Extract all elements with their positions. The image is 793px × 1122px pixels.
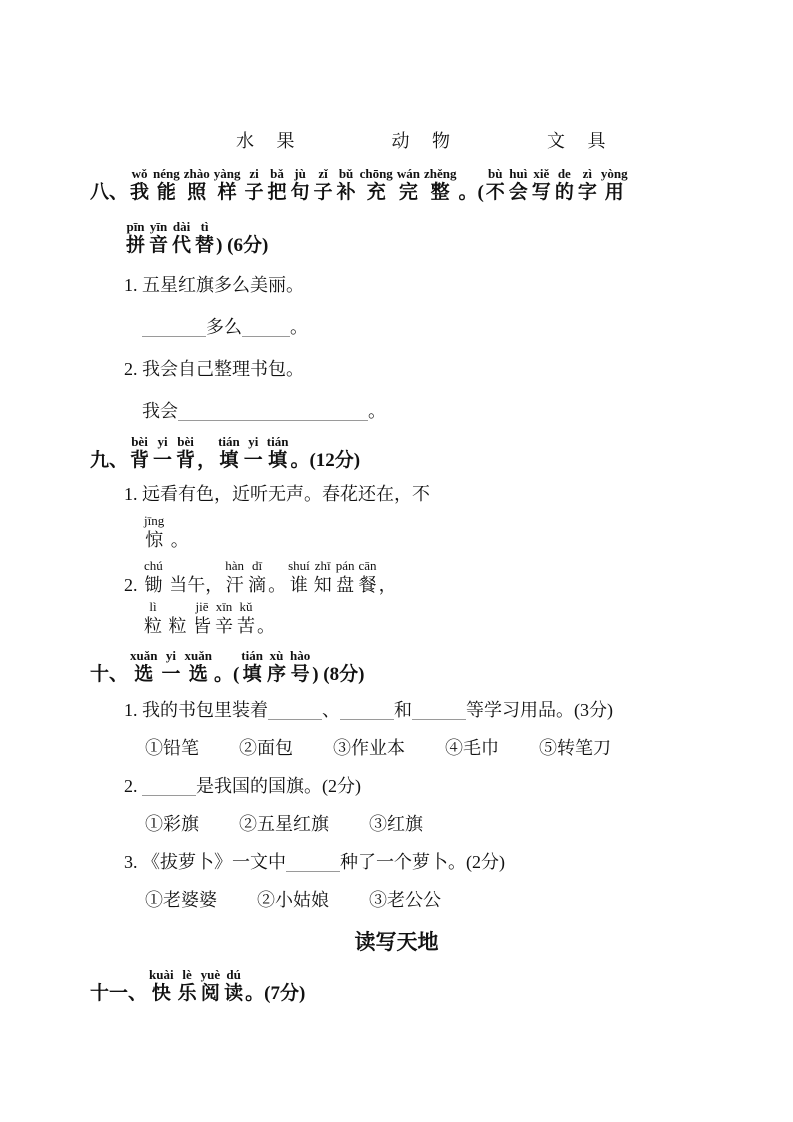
answer-blank bbox=[242, 318, 290, 337]
question-8-1-text: 1. 五星红旗多么美丽。 bbox=[124, 274, 793, 296]
question-text: 3. 《拔萝卜》一文中 bbox=[124, 852, 286, 872]
hanzi-text: 能 bbox=[157, 181, 176, 205]
pinyin-text: yi bbox=[248, 434, 258, 449]
ruby-unit: zǐ子 bbox=[314, 166, 333, 205]
ruby-unit: tián填 bbox=[241, 648, 263, 687]
question-10-3-text: 3. 《拔萝卜》一文中种了一个萝卜。(2分) bbox=[124, 851, 793, 873]
hanzi-text: 锄 bbox=[144, 573, 162, 597]
ruby-unit: kuài快 bbox=[149, 967, 174, 1006]
pinyin-text: pīn bbox=[126, 219, 144, 234]
pinyin-text: yuè bbox=[201, 967, 221, 982]
plain-text: ， bbox=[197, 449, 216, 473]
ruby-unit: jīng惊 bbox=[144, 513, 164, 552]
question-9-2-line-1: 2. chú锄 当午，hàn汗dī滴。shuí谁zhī知pán盘cān餐， bbox=[124, 558, 793, 597]
pinyin-text: hàn bbox=[225, 558, 244, 573]
plain-text: 。 bbox=[166, 528, 189, 552]
section-9-number: 九、 bbox=[90, 449, 128, 473]
pinyin-text: yàng bbox=[214, 166, 241, 181]
option-item: ③老公公 bbox=[369, 889, 441, 911]
pinyin-text: xù bbox=[270, 648, 284, 663]
ruby-unit: wán完 bbox=[397, 166, 420, 205]
ruby-unit: yi一 bbox=[244, 434, 263, 473]
ruby-unit: lì粒 bbox=[144, 599, 162, 638]
ruby-unit: pīn拼 bbox=[126, 219, 145, 258]
ruby-unit: cān餐 bbox=[359, 558, 377, 597]
option-item: ②面包 bbox=[239, 737, 293, 759]
hanzi-text: 我 bbox=[130, 181, 149, 205]
section-9-heading: 九、 bèi背yi一bèi背，tián填yi一tián填。(12分) bbox=[90, 434, 793, 473]
section-10-number: 十、 bbox=[90, 663, 128, 687]
pinyin-text: bèi bbox=[177, 434, 194, 449]
question-text: 、 bbox=[322, 700, 340, 720]
ruby-unit: zhěng整 bbox=[424, 166, 457, 205]
ruby-unit: néng能 bbox=[153, 166, 180, 205]
plain-text: 粒 bbox=[164, 614, 191, 638]
question-9-1-line-2: jīng惊 。 bbox=[142, 513, 793, 552]
hanzi-text: 补 bbox=[337, 181, 356, 205]
pinyin-text: jù bbox=[294, 166, 306, 181]
plain-text: ， bbox=[379, 573, 397, 597]
ruby-unit: xù序 bbox=[267, 648, 286, 687]
ruby-unit: jù句 bbox=[291, 166, 310, 205]
hanzi-text: 滴 bbox=[248, 573, 266, 597]
hanzi-text: 号 bbox=[291, 663, 310, 687]
ruby-unit: lè乐 bbox=[178, 967, 197, 1006]
hanzi-text: 选 bbox=[134, 663, 153, 687]
ruby-unit: hàn汗 bbox=[225, 558, 244, 597]
ruby-unit: huì会 bbox=[509, 166, 528, 205]
hanzi-text: 选 bbox=[189, 663, 208, 687]
plain-text: 。 bbox=[268, 573, 286, 597]
hanzi-text: 乐 bbox=[178, 982, 197, 1006]
hanzi-text: 整 bbox=[431, 181, 450, 205]
pinyin-text: bǎ bbox=[270, 166, 284, 181]
pinyin-text: kǔ bbox=[240, 599, 253, 614]
worksheet-page: 水 果 动 物 文 具 八、 wǒ我néng能zhào照yàng样zi子bǎ把j… bbox=[0, 0, 793, 1122]
category-label-stationery: 文 具 bbox=[547, 130, 615, 152]
pinyin-text: wǒ bbox=[132, 166, 148, 181]
hanzi-text: 盘 bbox=[336, 573, 354, 597]
question-text: 种了一个萝卜。(2分) bbox=[340, 852, 505, 872]
pinyin-text: yòng bbox=[601, 166, 628, 181]
hanzi-text: 背 bbox=[176, 449, 195, 473]
plain-text: 。(7分) bbox=[245, 982, 305, 1006]
pinyin-text: jīng bbox=[144, 513, 164, 528]
ruby-unit: jiē皆 bbox=[193, 599, 211, 638]
ruby-unit: hào号 bbox=[290, 648, 310, 687]
plain-text: 2. bbox=[124, 573, 142, 597]
plain-text: ) (8分) bbox=[312, 663, 364, 687]
pinyin-text: shuí bbox=[288, 558, 310, 573]
option-item: ③红旗 bbox=[369, 813, 423, 835]
question-10-2-options: ①彩旗②五星红旗③红旗 bbox=[145, 813, 793, 835]
hanzi-text: 填 bbox=[268, 449, 287, 473]
hanzi-text: 填 bbox=[219, 449, 238, 473]
question-text: 是我国的国旗。(2分) bbox=[196, 776, 361, 796]
hanzi-text: 一 bbox=[153, 449, 172, 473]
ruby-unit: de的 bbox=[555, 166, 574, 205]
ruby-unit: yàng样 bbox=[214, 166, 241, 205]
answer-blank bbox=[268, 701, 322, 720]
hanzi-text: 会 bbox=[509, 181, 528, 205]
hanzi-text: 用 bbox=[605, 181, 624, 205]
question-8-2-text: 2. 我会自己整理书包。 bbox=[124, 358, 793, 380]
ruby-unit: tì替 bbox=[195, 219, 214, 258]
hanzi-text: 代 bbox=[172, 234, 191, 258]
plain-text: 当午， bbox=[165, 573, 224, 597]
category-label-fruit: 水 果 bbox=[236, 130, 304, 152]
pinyin-text: xīn bbox=[216, 599, 233, 614]
period: 。 bbox=[368, 401, 386, 421]
ruby-unit: zhào照 bbox=[184, 166, 210, 205]
pinyin-text: néng bbox=[153, 166, 180, 181]
question-text: 和 bbox=[394, 700, 412, 720]
option-item: ①彩旗 bbox=[145, 813, 199, 835]
hanzi-text: 子 bbox=[245, 181, 264, 205]
hanzi-text: 句 bbox=[291, 181, 310, 205]
section-11-number: 十一、 bbox=[90, 982, 147, 1006]
category-label-animal: 动 物 bbox=[392, 130, 460, 152]
ruby-unit: yīn音 bbox=[149, 219, 168, 258]
answer-blank bbox=[286, 853, 340, 872]
pinyin-text: bù bbox=[488, 166, 502, 181]
section-11-title: kuài快lè乐yuè阅dú读。(7分) bbox=[147, 967, 305, 1006]
pinyin-text: yīn bbox=[150, 219, 167, 234]
pinyin-text: kuài bbox=[149, 967, 174, 982]
hanzi-text: 知 bbox=[314, 573, 332, 597]
ruby-unit: xuǎn选 bbox=[130, 648, 157, 687]
pinyin-text: zǐ bbox=[318, 166, 327, 181]
ruby-unit: yuè阅 bbox=[201, 967, 221, 1006]
pinyin-text: zhěng bbox=[424, 166, 457, 181]
hanzi-text: 字 bbox=[578, 181, 597, 205]
pinyin-text: tián bbox=[218, 434, 240, 449]
ruby-unit: chú锄 bbox=[144, 558, 163, 597]
hanzi-text: 写 bbox=[532, 181, 551, 205]
hanzi-text: 苦 bbox=[237, 614, 255, 638]
hanzi-text: 汗 bbox=[226, 573, 244, 597]
hanzi-text: 一 bbox=[244, 449, 263, 473]
pinyin-text: yi bbox=[157, 434, 167, 449]
hanzi-text: 不 bbox=[486, 181, 505, 205]
ruby-unit: shuí谁 bbox=[288, 558, 310, 597]
pinyin-text: zhào bbox=[184, 166, 210, 181]
ruby-unit: bù不 bbox=[486, 166, 505, 205]
section-10-title: xuǎn选yi一xuǎn选。(tián填xù序hào号) (8分) bbox=[128, 648, 364, 687]
hanzi-text: 辛 bbox=[215, 614, 233, 638]
hanzi-text: 背 bbox=[130, 449, 149, 473]
pinyin-text: bèi bbox=[131, 434, 148, 449]
period: 。 bbox=[290, 317, 308, 337]
pinyin-text: dī bbox=[252, 558, 262, 573]
pinyin-text: dú bbox=[226, 967, 240, 982]
pinyin-text: zhī bbox=[315, 558, 331, 573]
ruby-unit: yi一 bbox=[153, 434, 172, 473]
question-text: 等学习用品。(3分) bbox=[466, 700, 613, 720]
fill-word: 多么 bbox=[206, 317, 242, 337]
question-8-2-answer-line: 我会。 bbox=[142, 400, 793, 422]
ruby-unit: bǔ补 bbox=[337, 166, 356, 205]
section-8-number: 八、 bbox=[90, 181, 128, 205]
question-10-1-text: 1. 我的书包里装着、和等学习用品。(3分) bbox=[124, 699, 793, 721]
ruby-unit: xiě写 bbox=[532, 166, 551, 205]
plain-text: 。( bbox=[214, 663, 239, 687]
pinyin-text: cān bbox=[359, 558, 377, 573]
option-item: ③作业本 bbox=[333, 737, 405, 759]
hanzi-text: 惊 bbox=[145, 528, 163, 552]
hanzi-text: 填 bbox=[243, 663, 262, 687]
option-item: ①铅笔 bbox=[145, 737, 199, 759]
answer-blank bbox=[142, 318, 206, 337]
question-text: 1. 我的书包里装着 bbox=[124, 700, 268, 720]
hanzi-text: 读 bbox=[224, 982, 243, 1006]
ruby-unit: dú读 bbox=[224, 967, 243, 1006]
ruby-unit: dài代 bbox=[172, 219, 191, 258]
pinyin-text: lè bbox=[182, 967, 191, 982]
ruby-unit: xīn辛 bbox=[215, 599, 233, 638]
category-row: 水 果 动 物 文 具 bbox=[236, 130, 793, 152]
question-10-3-options: ①老婆婆②小姑娘③老公公 bbox=[145, 889, 793, 911]
question-number: 2. bbox=[124, 776, 142, 796]
section-11-heading: 十一、 kuài快lè乐yuè阅dú读。(7分) bbox=[90, 967, 793, 1006]
answer-blank bbox=[412, 701, 466, 720]
reading-writing-heading: 读写天地 bbox=[0, 929, 793, 957]
hanzi-text: 完 bbox=[399, 181, 418, 205]
pinyin-text: wán bbox=[397, 166, 420, 181]
pinyin-text: tián bbox=[267, 434, 289, 449]
ruby-unit: pán盘 bbox=[336, 558, 355, 597]
pinyin-text: jiē bbox=[196, 599, 209, 614]
pinyin-text: hào bbox=[290, 648, 310, 663]
fill-word: 我会 bbox=[142, 401, 178, 421]
ruby-unit: zi子 bbox=[245, 166, 264, 205]
ruby-unit: yòng用 bbox=[601, 166, 628, 205]
pinyin-text: xuǎn bbox=[185, 648, 212, 663]
pinyin-text: zi bbox=[249, 166, 258, 181]
hanzi-text: 子 bbox=[314, 181, 333, 205]
question-8-1-answer-line: 多么。 bbox=[142, 316, 793, 338]
pinyin-text: lì bbox=[149, 599, 156, 614]
pinyin-text: zì bbox=[583, 166, 592, 181]
hanzi-text: 餐 bbox=[359, 573, 377, 597]
ruby-unit: bèi背 bbox=[176, 434, 195, 473]
plain-text: 。( bbox=[458, 181, 483, 205]
hanzi-text: 谁 bbox=[290, 573, 308, 597]
hanzi-text: 照 bbox=[187, 181, 206, 205]
pinyin-text: huì bbox=[509, 166, 527, 181]
section-8-title-line-2: pīn拼yīn音dài代tì替) (6分) bbox=[124, 219, 793, 258]
answer-blank bbox=[178, 402, 368, 421]
plain-text: ) (6分) bbox=[216, 234, 268, 258]
pinyin-text: pán bbox=[336, 558, 355, 573]
pinyin-text: xuǎn bbox=[130, 648, 157, 663]
section-10-heading: 十、 xuǎn选yi一xuǎn选。(tián填xù序hào号) (8分) bbox=[90, 648, 793, 687]
option-item: ⑤转笔刀 bbox=[539, 737, 611, 759]
hanzi-text: 充 bbox=[367, 181, 386, 205]
section-8-title-line-1: wǒ我néng能zhào照yàng样zi子bǎ把jù句zǐ子bǔ补chōng充w… bbox=[128, 166, 630, 205]
question-10-1-options: ①铅笔②面包③作业本④毛巾⑤转笔刀 bbox=[145, 737, 793, 759]
ruby-unit: bèi背 bbox=[130, 434, 149, 473]
ruby-unit: yi一 bbox=[161, 648, 180, 687]
plain-text: 。(12分) bbox=[290, 449, 360, 473]
plain-text: 。 bbox=[257, 614, 275, 638]
hanzi-text: 皆 bbox=[193, 614, 211, 638]
hanzi-text: 阅 bbox=[201, 982, 220, 1006]
hanzi-text: 粒 bbox=[144, 614, 162, 638]
hanzi-text: 拼 bbox=[126, 234, 145, 258]
ruby-unit: zhī知 bbox=[314, 558, 332, 597]
hanzi-text: 快 bbox=[152, 982, 171, 1006]
ruby-unit: xuǎn选 bbox=[185, 648, 212, 687]
hanzi-text: 样 bbox=[218, 181, 237, 205]
answer-blank bbox=[142, 777, 196, 796]
pinyin-text: tì bbox=[201, 219, 209, 234]
option-item: ②小姑娘 bbox=[257, 889, 329, 911]
pinyin-text: xiě bbox=[533, 166, 549, 181]
option-item: ①老婆婆 bbox=[145, 889, 217, 911]
hanzi-text: 一 bbox=[161, 663, 180, 687]
pinyin-text: chú bbox=[144, 558, 163, 573]
option-item: ④毛巾 bbox=[445, 737, 499, 759]
hanzi-text: 替 bbox=[195, 234, 214, 258]
question-10-2-text: 2. 是我国的国旗。(2分) bbox=[124, 775, 793, 797]
hanzi-text: 音 bbox=[149, 234, 168, 258]
ruby-unit: kǔ苦 bbox=[237, 599, 255, 638]
ruby-unit: wǒ我 bbox=[130, 166, 149, 205]
ruby-unit: chōng充 bbox=[360, 166, 393, 205]
pinyin-text: dài bbox=[173, 219, 190, 234]
hanzi-text: 的 bbox=[555, 181, 574, 205]
ruby-unit: bǎ把 bbox=[268, 166, 287, 205]
section-8-heading: 八、 wǒ我néng能zhào照yàng样zi子bǎ把jù句zǐ子bǔ补chōn… bbox=[90, 166, 793, 205]
pinyin-text: bǔ bbox=[339, 166, 353, 181]
option-item: ②五星红旗 bbox=[239, 813, 329, 835]
pinyin-text: de bbox=[558, 166, 571, 181]
pinyin-text: tián bbox=[241, 648, 263, 663]
ruby-unit: tián填 bbox=[218, 434, 240, 473]
ruby-unit: dī滴 bbox=[248, 558, 266, 597]
question-9-1-line-1: 1. 远看有色，近听无声。春花还在，不 bbox=[124, 483, 793, 505]
ruby-unit: zì字 bbox=[578, 166, 597, 205]
pinyin-text: yi bbox=[166, 648, 176, 663]
answer-blank bbox=[340, 701, 394, 720]
question-9-2-line-2: lì粒 粒 jiē皆xīn辛kǔ苦。 bbox=[142, 599, 793, 638]
pinyin-text: chōng bbox=[360, 166, 393, 181]
hanzi-text: 把 bbox=[268, 181, 287, 205]
section-9-title: bèi背yi一bèi背，tián填yi一tián填。(12分) bbox=[128, 434, 360, 473]
ruby-unit: tián填 bbox=[267, 434, 289, 473]
hanzi-text: 序 bbox=[267, 663, 286, 687]
